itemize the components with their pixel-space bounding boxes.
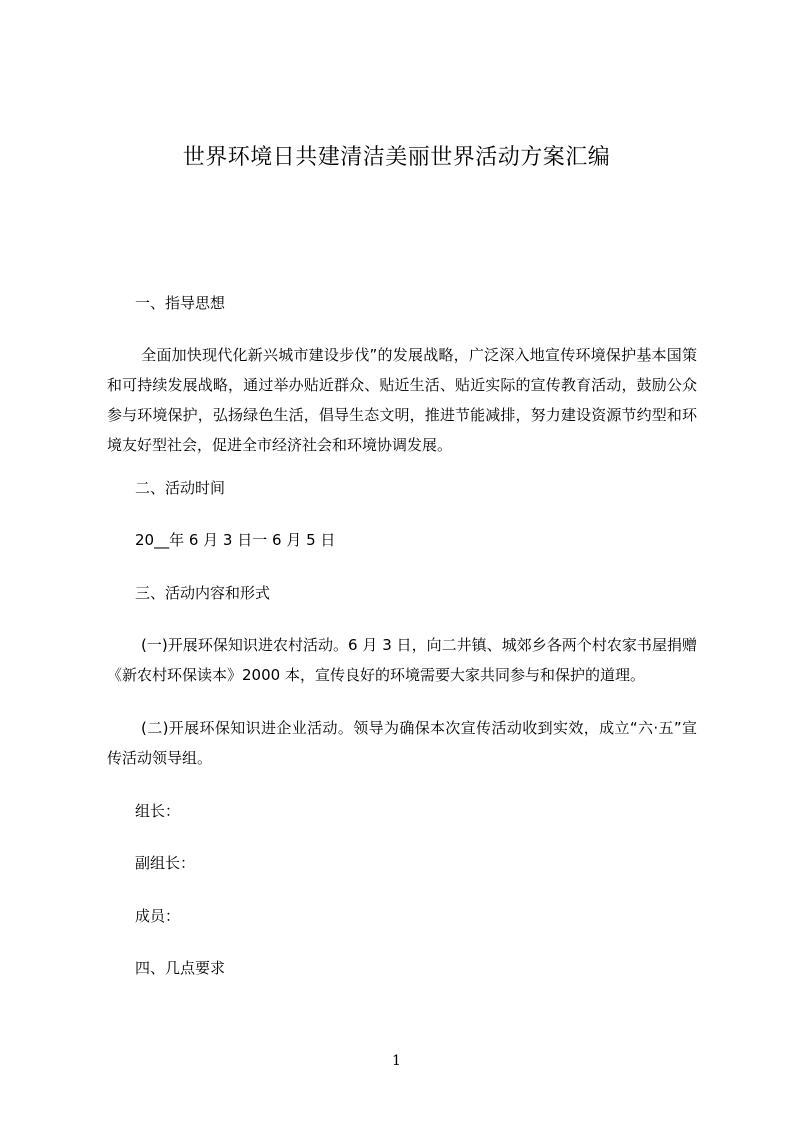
activity-date-range: 20__年 6 月 3 日一 6 月 5 日 xyxy=(135,525,335,555)
document-title: 世界环境日共建清洁美丽世界活动方案汇编 xyxy=(0,140,793,171)
paragraph-text: 全面加快现代化新兴城市建设步伐”的发展战略，广泛深入地宣传环境保护基本国策和可持… xyxy=(107,346,697,454)
members-label: 成员： xyxy=(135,901,180,931)
paragraph-item-enterprise: (二)开展环保知识进企业活动。领导为确保本次宣传活动收到实效，成立“六·五”宣传… xyxy=(107,713,697,773)
section-heading-activity-content: 三、活动内容和形式 xyxy=(135,578,270,608)
paragraph-text: (一)开展环保知识进农村活动。6 月 3 日，向二井镇、城郊乡各两个村农家书屋捐… xyxy=(107,636,697,684)
section-heading-guiding-ideology: 一、指导思想 xyxy=(135,288,225,318)
section-heading-requirements: 四、几点要求 xyxy=(135,953,225,983)
leader-label: 组长： xyxy=(135,796,180,826)
paragraph-guiding-ideology: 全面加快现代化新兴城市建设步伐”的发展战略，广泛深入地宣传环境保护基本国策和可持… xyxy=(107,340,697,460)
section-heading-activity-time: 二、活动时间 xyxy=(135,473,225,503)
paragraph-item-rural: (一)开展环保知识进农村活动。6 月 3 日，向二井镇、城郊乡各两个村农家书屋捐… xyxy=(107,630,697,690)
page-number: 1 xyxy=(0,1053,793,1069)
paragraph-text: (二)开展环保知识进企业活动。领导为确保本次宣传活动收到实效，成立“六·五”宣传… xyxy=(107,719,697,767)
deputy-leader-label: 副组长： xyxy=(135,848,195,878)
